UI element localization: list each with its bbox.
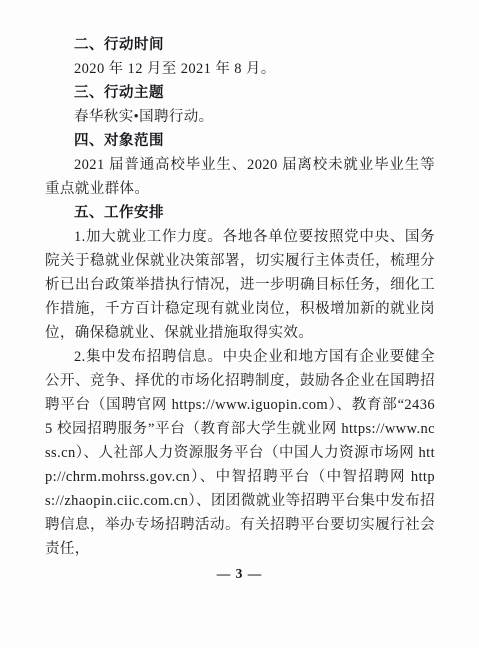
paragraph-action-theme: 春华秋实•国聘行动。 bbox=[45, 105, 435, 129]
document-body: 二、行动时间 2020 年 12 月至 2021 年 8 月。 三、行动主题 春… bbox=[45, 33, 435, 561]
paragraph-work-plan-item-2: 2.集中发布招聘信息。中央企业和地方国有企业要健全公开、竞争、择优的市场化招聘制… bbox=[45, 345, 435, 561]
section-heading-action-time: 二、行动时间 bbox=[45, 33, 435, 57]
section-heading-work-plan: 五、工作安排 bbox=[45, 201, 435, 225]
paragraph-work-plan-item-1: 1.加大就业工作力度。各地各单位要按照党中央、国务院关于稳就业保就业决策部署，切… bbox=[45, 225, 435, 345]
document-page: 二、行动时间 2020 年 12 月至 2021 年 8 月。 三、行动主题 春… bbox=[0, 0, 479, 648]
paragraph-action-time: 2020 年 12 月至 2021 年 8 月。 bbox=[45, 57, 435, 81]
paragraph-target-scope: 2021 届普通高校毕业生、2020 届离校未就业毕业生等重点就业群体。 bbox=[45, 153, 435, 201]
section-heading-action-theme: 三、行动主题 bbox=[45, 81, 435, 105]
section-heading-target-scope: 四、对象范围 bbox=[45, 129, 435, 153]
page-number: — 3 — bbox=[0, 566, 479, 582]
